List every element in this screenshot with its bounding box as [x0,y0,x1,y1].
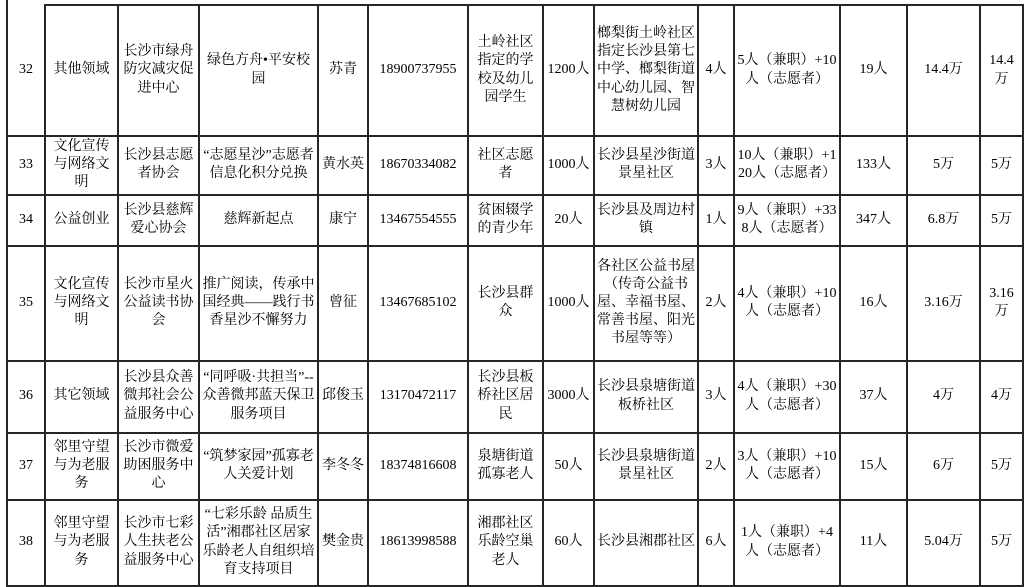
contact-person: 康宁 [318,195,368,246]
parttime-volunteer-staff: 9人（兼职）+338人（志愿者） [734,195,840,246]
row-number: 33 [7,136,45,195]
funding-amount: 3.16万 [980,246,1023,361]
funding-amount: 4万 [980,361,1023,433]
contact-phone: 13170472117 [368,361,468,433]
row-number: 32 [7,5,45,136]
service-location: 长沙县泉塘街道板桥社区 [594,361,698,433]
service-count: 3000人 [543,361,594,433]
contact-phone: 18374816608 [368,433,468,500]
organization-name: 长沙县众善微邦社会公益服务中心 [118,361,199,433]
project-name: 推广阅读，传承中国经典——践行书香星沙不懈努力 [199,246,318,361]
project-name: 慈辉新起点 [199,195,318,246]
project-budget: 5.04万 [907,500,980,586]
organization-name: 长沙县慈辉爱心协会 [118,195,199,246]
funding-amount: 5万 [980,500,1023,586]
document-page: 32其他领域长沙市绿舟防灾减灾促进中心绿色方舟•平安校园苏青1890073795… [0,0,1030,587]
contact-person: 樊金贵 [318,500,368,586]
service-location: 长沙县星沙街道景星社区 [594,136,698,195]
contact-person: 苏青 [318,5,368,136]
parttime-volunteer-staff: 4人（兼职）+10人（志愿者） [734,246,840,361]
fulltime-staff: 4人 [698,5,734,136]
total-staff: 16人 [840,246,907,361]
row-number: 37 [7,433,45,500]
total-staff: 11人 [840,500,907,586]
service-count: 20人 [543,195,594,246]
project-budget: 5万 [907,136,980,195]
service-count: 1000人 [543,136,594,195]
organization-name: 长沙市绿舟防灾减灾促进中心 [118,5,199,136]
organization-name: 长沙市星火公益读书协会 [118,246,199,361]
project-name: “七彩乐龄 品质生活”湘郡社区居家乐龄老人自组织培育支持项目 [199,500,318,586]
service-target: 土岭社区指定的学校及幼儿园学生 [468,5,543,136]
parttime-volunteer-staff: 4人（兼职）+30人（志愿者） [734,361,840,433]
contact-person: 曾征 [318,246,368,361]
project-name: 绿色方舟•平安校园 [199,5,318,136]
total-staff: 347人 [840,195,907,246]
organization-name: 长沙县志愿者协会 [118,136,199,195]
contact-phone: 13467554555 [368,195,468,246]
project-budget: 6万 [907,433,980,500]
service-target: 长沙县板桥社区居民 [468,361,543,433]
table-row: 34公益创业长沙县慈辉爱心协会慈辉新起点康宁13467554555贫困辍学的青少… [7,195,1023,246]
volunteer-projects-table: 32其他领域长沙市绿舟防灾减灾促进中心绿色方舟•平安校园苏青1890073795… [6,4,1024,587]
fulltime-staff: 6人 [698,500,734,586]
project-name: “同呼吸·共担当”--众善微邦蓝天保卫服务项目 [199,361,318,433]
service-target: 长沙县群众 [468,246,543,361]
fulltime-staff: 3人 [698,136,734,195]
parttime-volunteer-staff: 3人（兼职）+10人（志愿者） [734,433,840,500]
service-count: 1000人 [543,246,594,361]
table-row: 36其它领域长沙县众善微邦社会公益服务中心“同呼吸·共担当”--众善微邦蓝天保卫… [7,361,1023,433]
service-location: 榔梨街土岭社区指定长沙县第七中学、榔梨街道中心幼儿园、智慧树幼儿园 [594,5,698,136]
funding-amount: 5万 [980,136,1023,195]
organization-name: 长沙市七彩人生扶老公益服务中心 [118,500,199,586]
row-number: 38 [7,500,45,586]
service-target: 社区志愿者 [468,136,543,195]
total-staff: 37人 [840,361,907,433]
project-budget: 4万 [907,361,980,433]
project-field: 文化宣传与网络文明 [45,246,118,361]
project-budget: 3.16万 [907,246,980,361]
project-name: “志愿星沙”志愿者信息化积分兑换 [199,136,318,195]
project-field: 邻里守望与为老服务 [45,500,118,586]
row-number: 35 [7,246,45,361]
fulltime-staff: 3人 [698,361,734,433]
service-count: 1200人 [543,5,594,136]
contact-phone: 18613998588 [368,500,468,586]
project-field: 文化宣传与网络文明 [45,136,118,195]
service-count: 50人 [543,433,594,500]
table-body: 32其他领域长沙市绿舟防灾减灾促进中心绿色方舟•平安校园苏青1890073795… [7,5,1023,586]
project-field: 其他领域 [45,5,118,136]
total-staff: 15人 [840,433,907,500]
contact-phone: 18670334082 [368,136,468,195]
fulltime-staff: 2人 [698,246,734,361]
total-staff: 19人 [840,5,907,136]
contact-person: 黄水英 [318,136,368,195]
funding-amount: 5万 [980,433,1023,500]
contact-person: 李冬冬 [318,433,368,500]
service-target: 泉塘街道孤寡老人 [468,433,543,500]
project-field: 邻里守望与为老服务 [45,433,118,500]
service-location: 各社区公益书屋（传奇公益书屋、幸福书屋、常善书屋、阳光书屋等等） [594,246,698,361]
row-number: 36 [7,361,45,433]
funding-amount: 14.4万 [980,5,1023,136]
contact-phone: 18900737955 [368,5,468,136]
table-row: 32其他领域长沙市绿舟防灾减灾促进中心绿色方舟•平安校园苏青1890073795… [7,5,1023,136]
table-row: 38邻里守望与为老服务长沙市七彩人生扶老公益服务中心“七彩乐龄 品质生活”湘郡社… [7,500,1023,586]
service-count: 60人 [543,500,594,586]
parttime-volunteer-staff: 1人（兼职）+4人（志愿者） [734,500,840,586]
total-staff: 133人 [840,136,907,195]
service-location: 长沙县湘郡社区 [594,500,698,586]
parttime-volunteer-staff: 5人（兼职）+10人（志愿者） [734,5,840,136]
project-budget: 14.4万 [907,5,980,136]
funding-amount: 5万 [980,195,1023,246]
service-location: 长沙县及周边村镇 [594,195,698,246]
table-row: 37邻里守望与为老服务长沙市微爱助困服务中心“筑梦家园”孤寡老人关爱计划李冬冬1… [7,433,1023,500]
organization-name: 长沙市微爱助困服务中心 [118,433,199,500]
contact-person: 邱俊玉 [318,361,368,433]
project-field: 公益创业 [45,195,118,246]
parttime-volunteer-staff: 10人（兼职）+120人（志愿者） [734,136,840,195]
service-location: 长沙县泉塘街道景星社区 [594,433,698,500]
project-budget: 6.8万 [907,195,980,246]
project-field: 其它领域 [45,361,118,433]
contact-phone: 13467685102 [368,246,468,361]
service-target: 湘郡社区乐龄空巢老人 [468,500,543,586]
table-row: 33文化宣传与网络文明长沙县志愿者协会“志愿星沙”志愿者信息化积分兑换黄水英18… [7,136,1023,195]
table-row: 35文化宣传与网络文明长沙市星火公益读书协会推广阅读，传承中国经典——践行书香星… [7,246,1023,361]
row-number: 34 [7,195,45,246]
fulltime-staff: 2人 [698,433,734,500]
project-name: “筑梦家园”孤寡老人关爱计划 [199,433,318,500]
fulltime-staff: 1人 [698,195,734,246]
service-target: 贫困辍学的青少年 [468,195,543,246]
